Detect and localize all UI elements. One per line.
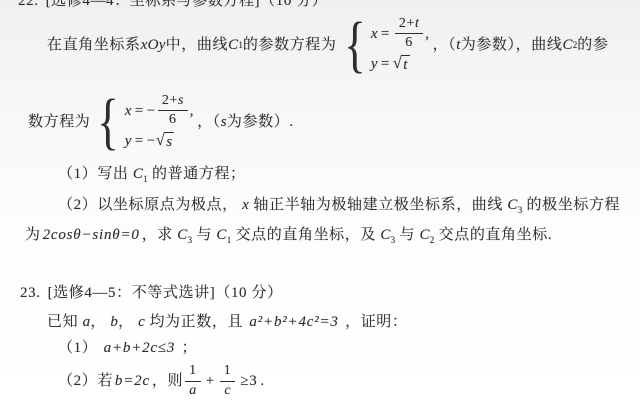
given-punct-1: ，	[90, 314, 106, 330]
var-xoy: xOy	[141, 35, 166, 55]
p1-label: （1）	[58, 340, 97, 356]
q23-title: [选修4—5：不等式选讲]（10 分）	[48, 285, 283, 301]
var-c: c	[138, 314, 145, 330]
p1-tail: ；	[182, 340, 198, 356]
numerator-var-s: s	[178, 93, 184, 109]
left-brace-icon: {	[344, 14, 366, 76]
given-equation: a²+b²+4c²=3	[249, 314, 338, 330]
curve-c3-subscript: 3	[391, 235, 396, 245]
fraction-numerator: 2+s	[158, 93, 188, 111]
fraction-2pt-over-6: 2+t 6	[395, 16, 423, 51]
numerator-var-t: t	[415, 16, 419, 32]
sqrt-t: √t	[393, 55, 410, 74]
cont-text-1: 数方程为	[28, 112, 90, 132]
fraction-numerator: 1	[220, 363, 236, 381]
cont-text-2: ，（	[197, 112, 221, 132]
intro-text-5: 为参数），曲线	[461, 35, 563, 55]
exam-paper-page: 22.[选修4—4：坐标系与参数方程]（10 分） 在直角坐标系 xOy 中，曲…	[0, 0, 640, 400]
q22-intro-line: 在直角坐标系 xOy 中，曲线 C1 的参数方程为 { x = 2+t 6 , …	[47, 13, 608, 77]
curve-c1-subscript: 1	[143, 174, 148, 184]
var-x: x	[242, 197, 249, 213]
curve-c2-symbol: C	[562, 35, 572, 55]
fraction-numerator: 1	[185, 363, 201, 381]
fraction-denominator-c: c	[224, 382, 231, 399]
numerator-const: 2+	[162, 93, 178, 109]
radicand-s: s	[164, 132, 174, 151]
part2-text-3: 的极坐标方程	[527, 197, 621, 213]
var-x: x	[125, 101, 132, 121]
curve-c1-symbol: C	[133, 166, 143, 182]
parametric-system-c2: { x = − 2+s 6 , y = − √s	[93, 91, 194, 153]
part1-label: （1）	[58, 166, 97, 182]
fraction-2ps-over-6: 2+s 6	[158, 93, 188, 128]
equals-sign: =	[381, 24, 390, 44]
given-text-2: 均为正数，且	[149, 314, 243, 330]
var-x: x	[371, 24, 378, 44]
q22-heading: 22.[选修4—4：坐标系与参数方程]（10 分）	[18, 0, 328, 11]
given-punct-2: ，	[118, 314, 134, 330]
curve-c1-symbol: C	[228, 35, 238, 55]
system-rows: x = − 2+s 6 , y = − √s	[125, 93, 194, 151]
equation-y: y = − √s	[125, 131, 194, 151]
fraction-denominator: 6	[169, 111, 177, 128]
p2-text-1: 若	[97, 371, 113, 391]
q22-part2-line-b: 为2cosθ−sinθ=0，求 C3 与 C1 交点的直角坐标，及 C3 与 C…	[25, 225, 552, 250]
equals-sign: =	[381, 54, 390, 74]
curve-c3-symbol: C	[507, 197, 517, 213]
curve-c2-subscript: 2	[430, 235, 435, 245]
p2-text-2: ，则	[152, 371, 183, 391]
minus-sign: −	[147, 101, 156, 121]
intro-text-6: 的参	[577, 35, 608, 55]
part2-text-5: 与	[196, 227, 212, 243]
parametric-system-c1: { x = 2+t 6 , y = √t	[340, 14, 430, 76]
minus-sign: −	[147, 131, 156, 151]
radicand-t: t	[401, 55, 409, 74]
left-brace-icon: {	[98, 91, 120, 153]
equation-y: y = √t	[371, 54, 430, 74]
fraction-denominator-a: a	[189, 382, 196, 399]
intro-text-3: 的参数方程为	[243, 35, 337, 55]
given-text-3: ，证明：	[345, 314, 407, 330]
intro-text-1: 在直角坐标系	[47, 35, 141, 55]
given-text-1: 已知	[47, 314, 78, 330]
q23-heading: 23.[选修4—5：不等式选讲]（10 分）	[20, 283, 283, 303]
part2-lead: 为	[25, 227, 41, 243]
var-b: b	[110, 314, 118, 330]
part2-text-2: 轴正半轴为极轴建立极坐标系，曲线	[253, 197, 503, 213]
fraction-1-over-a: 1 a	[185, 363, 201, 398]
part2-text-7: 与	[400, 227, 416, 243]
q22-number: 22.	[18, 0, 39, 9]
p2-geq: ≥3	[240, 371, 257, 391]
q22-part1-line: （1）写出 C1 的普通方程；	[58, 164, 246, 189]
intro-text-2: 中，曲线	[166, 35, 228, 55]
polar-equation: 2cosθ−sinθ=0	[43, 227, 140, 243]
cont-text-3: 为参数）.	[227, 112, 294, 132]
p2-label: （2）	[58, 371, 97, 391]
plus-sign: +	[206, 371, 215, 391]
part1-text-2: 的普通方程；	[152, 166, 246, 182]
sqrt-s: √s	[156, 132, 175, 151]
var-y: y	[125, 131, 132, 151]
curve-c3-subscript: 3	[188, 235, 193, 245]
part2-text-8: 交点的直角坐标.	[439, 227, 553, 243]
intro-text-4: ，（	[433, 35, 457, 55]
curve-c3-symbol: C	[380, 227, 390, 243]
part2-label: （2）	[58, 197, 97, 213]
q23-number: 23.	[20, 285, 41, 301]
curve-c3-symbol: C	[177, 227, 187, 243]
var-y: y	[371, 54, 378, 74]
q22-cont-line: 数方程为 { x = − 2+s 6 , y = − √s	[28, 86, 294, 158]
p2-condition: b=2c	[115, 371, 150, 391]
curve-c3-subscript: 3	[518, 205, 523, 215]
q23-given-line: 已知 a， b， c 均为正数，且 a²+b²+4c²=3 ，证明：	[47, 312, 408, 332]
equals-sign: =	[135, 131, 144, 151]
q22-part2-line-a: （2）以坐标原点为极点， x 轴正半轴为极轴建立极坐标系，曲线 C3 的极坐标方…	[58, 195, 620, 220]
q23-part1-line: （1） a+b+2c≤3 ；	[58, 338, 197, 358]
equals-sign: =	[135, 101, 144, 121]
part1-text-1: 写出	[97, 166, 128, 182]
system-rows: x = 2+t 6 , y = √t	[371, 16, 430, 74]
q22-title: [选修4—4：坐标系与参数方程]（10 分）	[46, 0, 328, 9]
q23-part2-line: （2） 若 b=2c ，则 1 a + 1 c ≥3 .	[58, 360, 265, 400]
comma: ,	[190, 101, 194, 121]
p2-tail: .	[260, 371, 264, 391]
comma: ,	[425, 24, 429, 44]
curve-c1-subscript: 1	[227, 235, 232, 245]
numerator-const: 2+	[399, 16, 415, 32]
curve-c1-symbol: C	[216, 227, 226, 243]
p1-inequality: a+b+2c≤3	[104, 340, 176, 356]
part2-text-4: ，求	[142, 227, 173, 243]
fraction-denominator: 6	[405, 34, 413, 51]
fraction-1-over-c: 1 c	[220, 363, 236, 398]
part2-text-6: 交点的直角坐标，及	[236, 227, 376, 243]
equation-x: x = 2+t 6 ,	[371, 16, 430, 51]
fraction-numerator: 2+t	[395, 16, 423, 34]
curve-c2-symbol: C	[419, 227, 429, 243]
equation-x: x = − 2+s 6 ,	[125, 93, 194, 128]
part2-text-1: 以坐标原点为极点，	[97, 197, 237, 213]
